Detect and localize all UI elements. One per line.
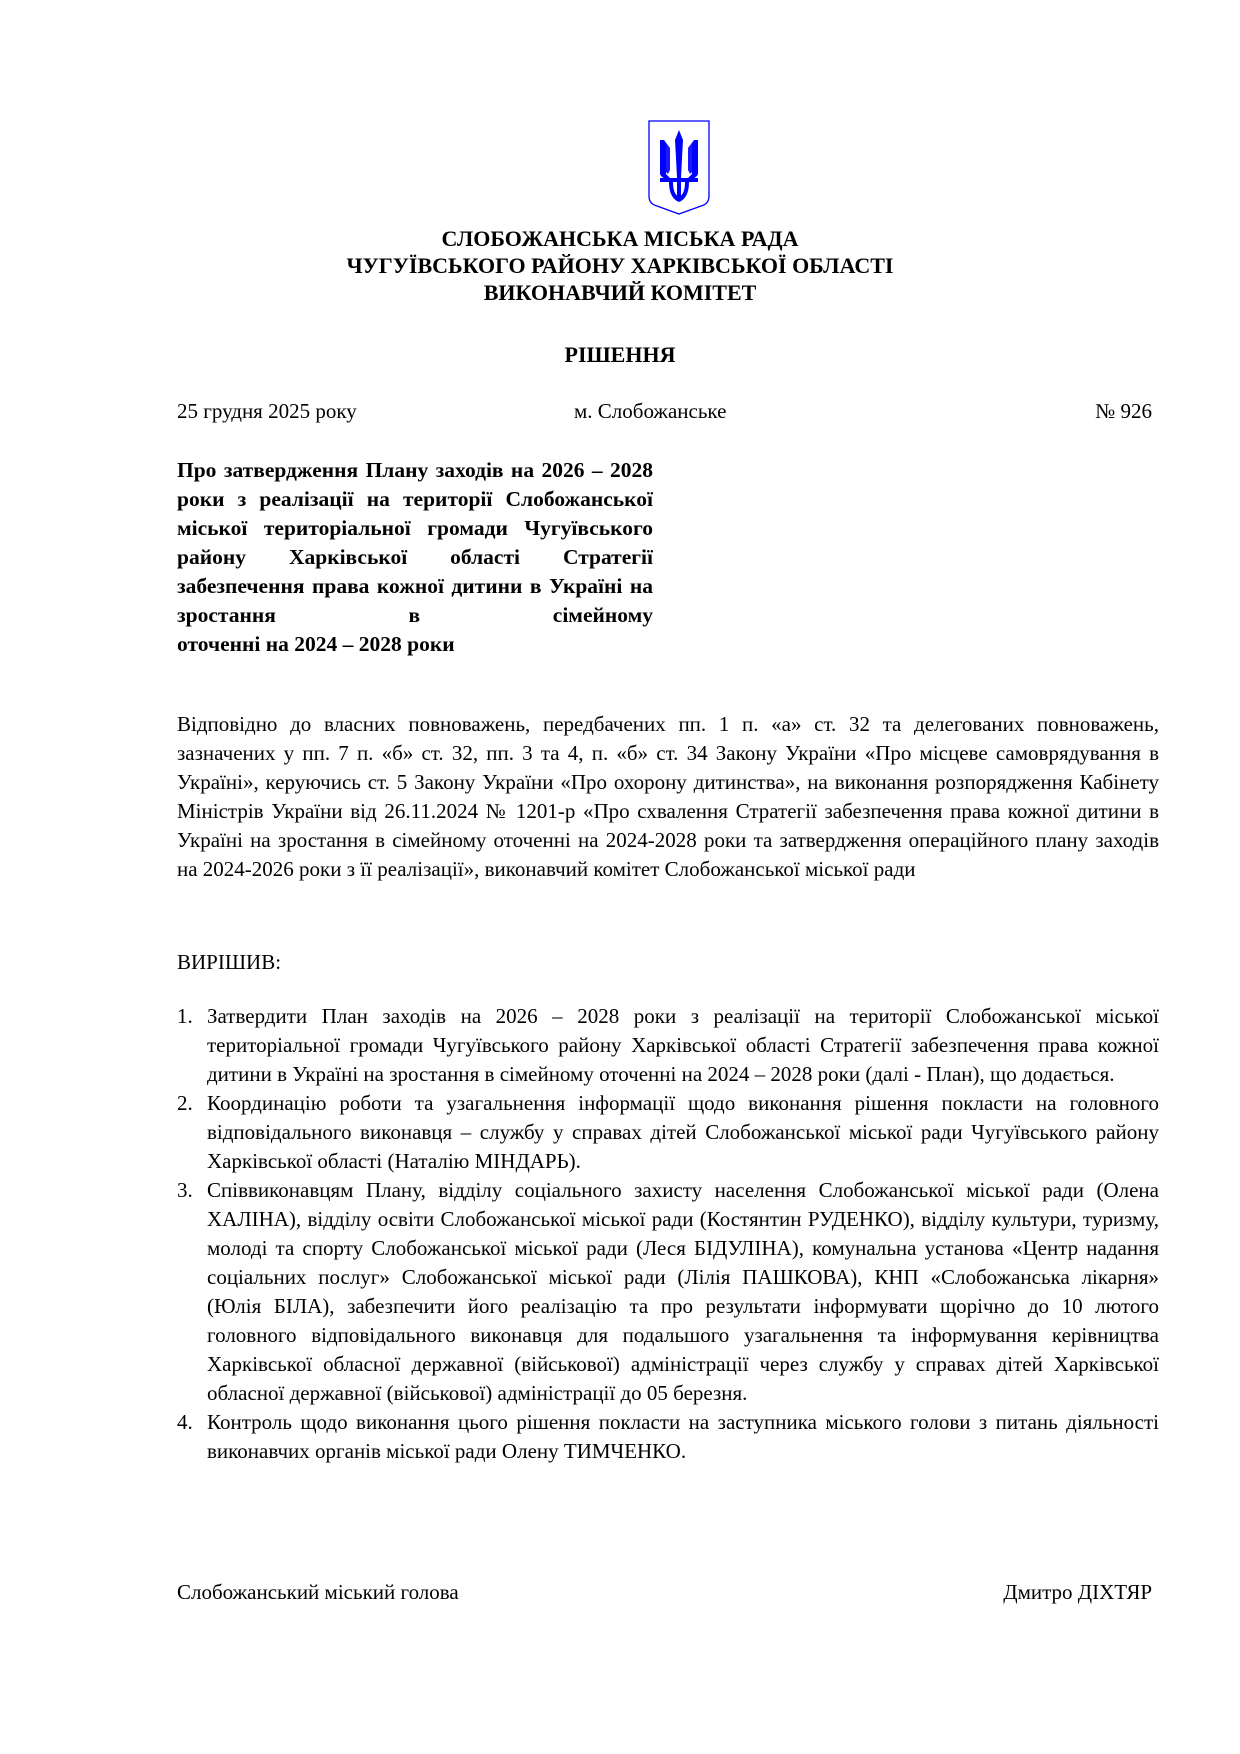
decision-date: 25 грудня 2025 року bbox=[177, 398, 357, 424]
decision-title: РІШЕННЯ bbox=[0, 342, 1240, 368]
ukraine-trident-coat-of-arms-icon bbox=[646, 118, 712, 216]
signatory-role: Слобожанський міський голова bbox=[177, 1580, 459, 1605]
point-text: Затвердити План заходів на 2026 – 2028 р… bbox=[207, 1004, 1159, 1086]
resolution-point: 2. Координацію роботи та узагальнення ін… bbox=[177, 1089, 1159, 1176]
decision-place: м. Слобожанське bbox=[574, 398, 726, 424]
decision-subject: Про затвердження Плану заходів на 2026 –… bbox=[177, 456, 653, 659]
point-text: Координацію роботи та узагальнення інфор… bbox=[207, 1091, 1159, 1173]
resolution-point: 1. Затвердити План заходів на 2026 – 202… bbox=[177, 1002, 1159, 1089]
signatory-name: Дмитро ДІХТЯР bbox=[1003, 1580, 1152, 1605]
point-text: Контроль щодо виконання цього рішення по… bbox=[207, 1410, 1159, 1463]
point-number: 1. bbox=[177, 1002, 193, 1031]
point-number: 3. bbox=[177, 1176, 193, 1205]
resolution-points: 1. Затвердити План заходів на 2026 – 202… bbox=[177, 1002, 1159, 1466]
point-text: Співвиконавцям Плану, відділу соціальног… bbox=[207, 1178, 1159, 1405]
resolution-point: 4. Контроль щодо виконання цього рішення… bbox=[177, 1408, 1159, 1466]
point-number: 2. bbox=[177, 1089, 193, 1118]
document-page: СЛОБОЖАНСЬКА МІСЬКА РАДА ЧУГУЇВСЬКОГО РА… bbox=[0, 0, 1240, 1754]
preamble-paragraph: Відповідно до власних повноважень, перед… bbox=[177, 710, 1159, 884]
point-number: 4. bbox=[177, 1408, 193, 1437]
executive-committee: ВИКОНАВЧИЙ КОМІТЕТ bbox=[0, 279, 1240, 306]
decision-number: № 926 bbox=[1095, 398, 1152, 424]
resolution-point: 3. Співвиконавцям Плану, відділу соціаль… bbox=[177, 1176, 1159, 1408]
decision-subject-body: Про затвердження Плану заходів на 2026 –… bbox=[177, 458, 653, 627]
district-region: ЧУГУЇВСЬКОГО РАЙОНУ ХАРКІВСЬКОЇ ОБЛАСТІ bbox=[0, 252, 1240, 279]
resolved-label: ВИРІШИВ: bbox=[177, 950, 281, 975]
decision-subject-last-line: оточенні на 2024 – 2028 роки bbox=[177, 630, 653, 659]
council-name: СЛОБОЖАНСЬКА МІСЬКА РАДА bbox=[0, 225, 1240, 252]
